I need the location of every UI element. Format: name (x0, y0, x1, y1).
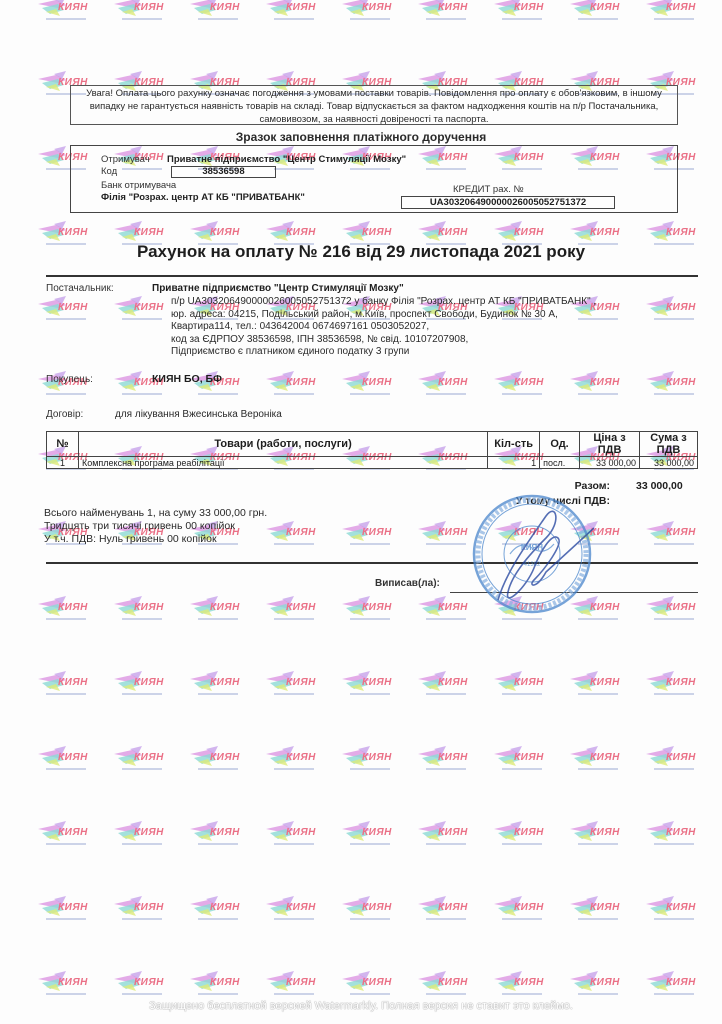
col-unit: Од. (540, 432, 580, 457)
payment-sample-box: Отримувач Приватне підприємство "Центр С… (70, 145, 678, 213)
supplier-address-line: юр. адреса: 04215, Подільський район, м.… (171, 309, 596, 322)
items-table: № Товари (работи, послуги) Кіл-сть Од. Ц… (46, 431, 698, 469)
summary-items-count: Всього найменувань 1, на суму 33 000,00 … (44, 507, 267, 520)
buyer-name: КИЯН БО, БФ (152, 373, 222, 385)
row-item-name: Комплексна програма реабілітації (78, 457, 487, 469)
col-quantity: Кіл-сть (488, 432, 540, 457)
payment-notice: Увага! Оплата цього рахунку означає пого… (70, 85, 678, 125)
row-quantity: 1 (488, 457, 540, 469)
contract-value: для лікування Вжесинська Вероніка (115, 409, 282, 420)
invoice-document: Увага! Оплата цього рахунку означає пого… (0, 0, 722, 1024)
credit-account-value: UA303206490000026005052751372 (401, 196, 615, 209)
col-price: Ціна з ПДВ (580, 432, 640, 457)
supplier-label: Постачальник: (46, 283, 114, 294)
summary-block: Всього найменувань 1, на суму 33 000,00 … (44, 507, 267, 546)
col-number: № (47, 432, 79, 457)
title-divider (46, 275, 698, 277)
row-price: 33 000,00 (580, 457, 640, 469)
supplier-tax-line: Підприємство є платником єдиного податку… (171, 346, 596, 359)
summary-amount-words: Тридцять три тисячі гривень 00 копійок (44, 520, 267, 533)
total-label: Разом: (540, 480, 610, 492)
credit-label: КРЕДИТ рах. № (453, 184, 524, 195)
supplier-details: п/р UA303206490000026005052751372 у банк… (171, 296, 596, 359)
supplier-phone-line: Квартира114, тел.: 043642004 0674697161 … (171, 321, 596, 334)
code-label: Код (101, 166, 117, 177)
contract-label: Договір: (46, 409, 83, 420)
table-row: 1 Комплексна програма реабілітації 1 пос… (47, 457, 698, 469)
total-value: 33 000,00 (636, 480, 683, 492)
code-value: 38536598 (171, 166, 276, 178)
row-sum: 33 000,00 (640, 457, 698, 469)
col-sum: Сума з ПДВ (640, 432, 698, 457)
supplier-codes-line: код за ЄДРПОУ 38536598, ІПН 38536598, № … (171, 334, 596, 347)
issued-by-label: Виписав(ла): (375, 578, 440, 589)
supplier-account-line: п/р UA303206490000026005052751372 у банк… (171, 296, 596, 309)
row-number: 1 (47, 457, 79, 469)
svg-text:41382: 41382 (524, 562, 541, 568)
summary-divider (46, 562, 698, 564)
recipient-value: Приватне підприємство "Центр Стимуляції … (167, 154, 406, 165)
payment-sample-title: Зразок заповнення платіжного доручення (0, 130, 722, 144)
bank-label: Банк отримувача (101, 180, 176, 191)
table-header-row: № Товари (работи, послуги) Кіл-сть Од. Ц… (47, 432, 698, 457)
buyer-label: Покупець: (46, 374, 93, 385)
watermark-footer-text: Защищено бесплатной версией Watermarkly.… (0, 1000, 722, 1012)
bank-value: Філія "Розрах. центр АТ КБ "ПРИВАТБАНК" (101, 192, 305, 203)
row-unit: посл. (540, 457, 580, 469)
col-goods: Товари (работи, послуги) (78, 432, 487, 457)
invoice-title: Рахунок на оплату № 216 від 29 листопада… (0, 242, 722, 262)
supplier-name: Приватне підприємство "Центр Стимуляції … (152, 283, 404, 294)
recipient-label: Отримувач (101, 154, 150, 165)
summary-vat-words: У т.ч. ПДВ: Нуль гривень 00 копійок (44, 533, 267, 546)
payment-notice-text: Увага! Оплата цього рахунку означає пого… (86, 88, 662, 125)
stamp-and-signature-icon: КИЯН 41382 (470, 492, 594, 616)
